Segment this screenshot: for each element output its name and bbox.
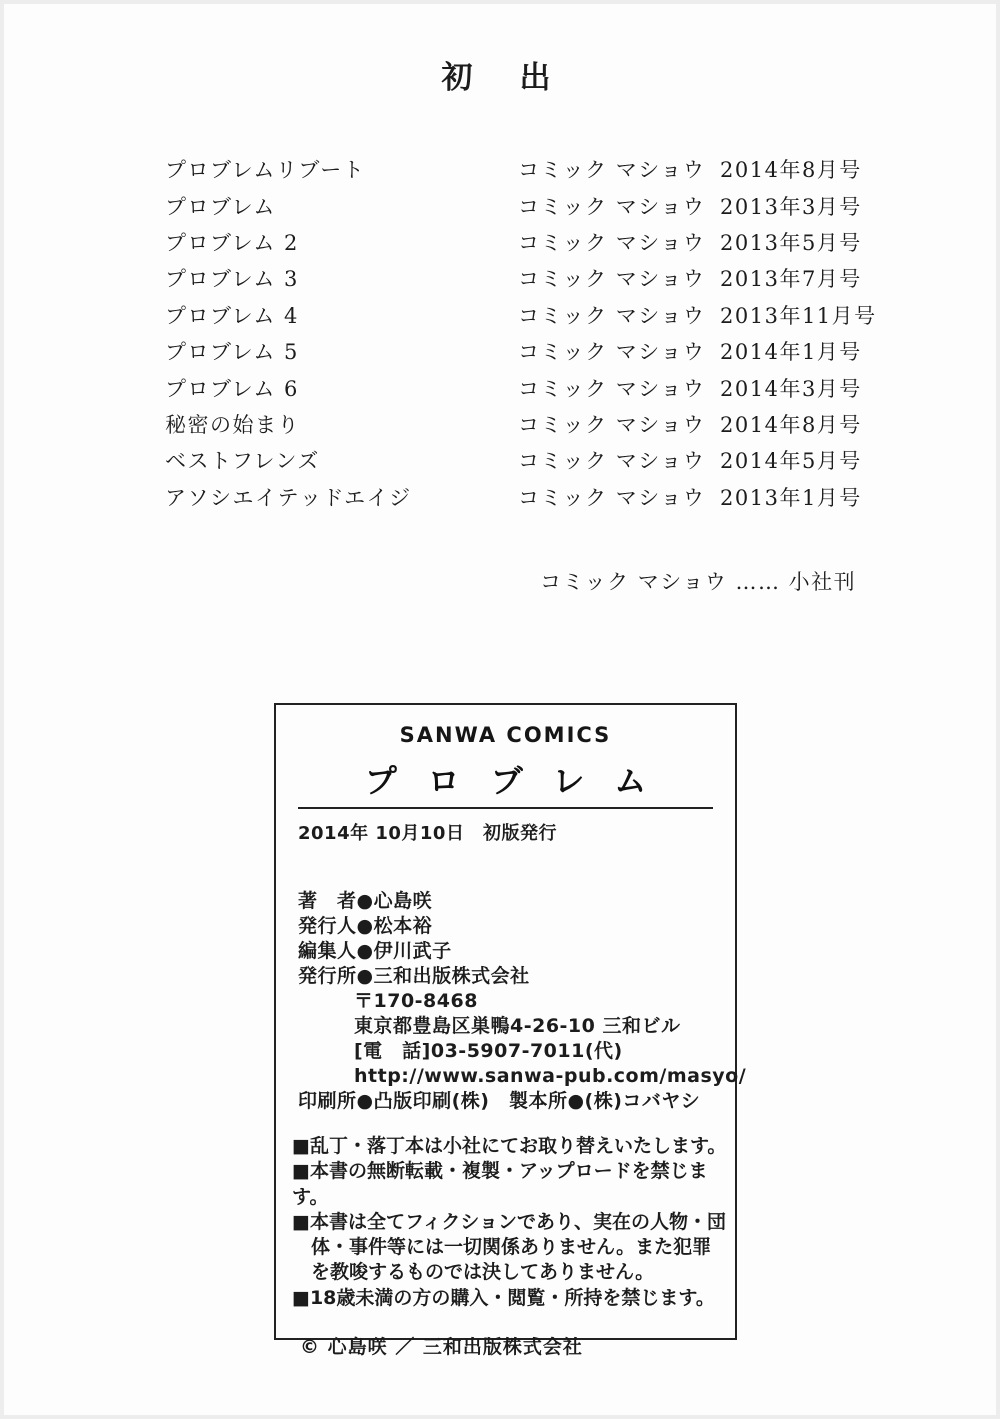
publication-title: プロブレム 5	[165, 336, 518, 366]
publication-issue: 2014年8月号	[720, 409, 877, 439]
publication-title: プロブレム 3	[165, 263, 518, 293]
publication-magazine: コミック マショウ	[518, 409, 720, 439]
publication-row: プロブレム 4 コミック マショウ 2013年11月号	[165, 297, 877, 333]
notice-no-reproduction: ■本書の無断転載・複製・アップロードを禁じます。	[292, 1159, 727, 1210]
publication-title: プロブレム 2	[165, 227, 518, 257]
publisher-person-line: 発行人●松本裕	[298, 914, 735, 939]
colophon-page: 初 出 プロブレムリブート コミック マショウ 2014年8月号 プロブレム コ…	[0, 0, 1000, 1419]
publication-row: プロブレム 3 コミック マショウ 2013年7月号	[165, 260, 877, 296]
publication-magazine: コミック マショウ	[518, 373, 720, 403]
website-url: http://www.sanwa-pub.com/masyo/	[354, 1064, 735, 1089]
copyright-line: © 心島咲 ／ 三和出版株式会社	[300, 1332, 735, 1359]
imprint-label: SANWA COMICS	[276, 723, 735, 747]
publication-row: 秘密の始まり コミック マショウ 2014年8月号	[165, 406, 877, 442]
publication-issue: 2014年3月号	[720, 373, 877, 403]
publication-issue: 2014年1月号	[720, 336, 877, 366]
publication-issue: 2013年11月号	[720, 300, 877, 330]
publication-title: プロブレム 6	[165, 373, 518, 403]
publication-title: プロブレム	[165, 191, 518, 221]
publication-row: プロブレム 6 コミック マショウ 2014年3月号	[165, 369, 877, 405]
publication-issue: 2014年8月号	[720, 154, 877, 184]
publisher-footnote: コミック マショウ …… 小社刊	[540, 566, 856, 596]
publication-title: ベストフレンズ	[165, 445, 518, 475]
publication-row: プロブレム コミック マショウ 2013年3月号	[165, 187, 877, 223]
publication-magazine: コミック マショウ	[518, 300, 720, 330]
publication-issue: 2013年7月号	[720, 263, 877, 293]
printer-binder-line: 印刷所●凸版印刷(株) 製本所●(株)コバヤシ	[298, 1089, 735, 1114]
page-title: 初 出	[0, 52, 1000, 97]
edition-date: 2014年 10月10日 初版発行	[298, 819, 735, 845]
publication-list: プロブレムリブート コミック マショウ 2014年8月号 プロブレム コミック …	[165, 151, 877, 515]
publication-title: アソシエイテッドエイジ	[165, 482, 518, 512]
publication-magazine: コミック マショウ	[518, 482, 720, 512]
notice-replacement: ■乱丁・落丁本は小社にてお取り替えいたします。	[292, 1134, 727, 1159]
notices-block: ■乱丁・落丁本は小社にてお取り替えいたします。 ■本書の無断転載・複製・アップロ…	[292, 1134, 727, 1311]
publication-row: プロブレム 2 コミック マショウ 2013年5月号	[165, 224, 877, 260]
credits-block: 著 者●心島咲 発行人●松本裕 編集人●伊川武子 発行所●三和出版株式会社 〒1…	[298, 889, 735, 1114]
editor-line: 編集人●伊川武子	[298, 939, 735, 964]
title-rule	[298, 807, 713, 809]
book-title: プロブレム	[276, 759, 735, 803]
address: 東京都豊島区巣鴨4-26-10 三和ビル	[354, 1014, 735, 1039]
publication-magazine: コミック マショウ	[518, 445, 720, 475]
publication-issue: 2013年3月号	[720, 191, 877, 221]
publication-row: プロブレムリブート コミック マショウ 2014年8月号	[165, 151, 877, 187]
postal-code: 〒170-8468	[354, 989, 735, 1014]
publication-magazine: コミック マショウ	[518, 227, 720, 257]
publication-magazine: コミック マショウ	[518, 263, 720, 293]
notice-age-restriction: ■18歳未満の方の購入・閲覧・所持を禁じます。	[292, 1286, 727, 1311]
publication-row: アソシエイテッドエイジ コミック マショウ 2013年1月号	[165, 479, 877, 515]
publication-magazine: コミック マショウ	[518, 336, 720, 366]
publication-issue: 2014年5月号	[720, 445, 877, 475]
notice-fiction-disclaimer: ■本書は全てフィクションであり、実在の人物・団 体・事件等には一切関係ありません…	[292, 1210, 727, 1286]
publication-row: ベストフレンズ コミック マショウ 2014年5月号	[165, 442, 877, 478]
publication-magazine: コミック マショウ	[518, 191, 720, 221]
publication-title: プロブレム 4	[165, 300, 518, 330]
publisher-company-line: 発行所●三和出版株式会社	[298, 964, 735, 989]
publication-title: プロブレムリブート	[165, 154, 518, 184]
colophon-box: SANWA COMICS プロブレム 2014年 10月10日 初版発行 著 者…	[274, 703, 737, 1340]
phone: [電 話]03-5907-7011(代)	[354, 1039, 735, 1064]
publication-issue: 2013年1月号	[720, 482, 877, 512]
author-line: 著 者●心島咲	[298, 889, 735, 914]
publication-magazine: コミック マショウ	[518, 154, 720, 184]
publication-row: プロブレム 5 コミック マショウ 2014年1月号	[165, 333, 877, 369]
publication-title: 秘密の始まり	[165, 409, 518, 439]
publication-issue: 2013年5月号	[720, 227, 877, 257]
